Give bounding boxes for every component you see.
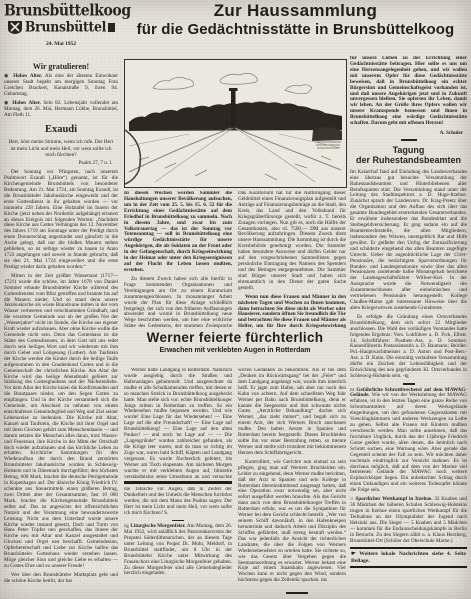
werner-headline-block: Werner feierte fürchterlich Erwachen mit… — [124, 330, 346, 354]
haussammlung-column-b: Das Kuratorium hat für die Aufbringung d… — [238, 191, 346, 329]
masthead-date: 24. Mai 1952 — [4, 41, 118, 47]
liturgische-notice: cg Liturgische Morgenfeier. Am Montag, d… — [124, 524, 232, 577]
tagung-paragraph: Es erfolgte die Gründung eines Ortsverba… — [350, 315, 467, 380]
main-headline-line1: Zur Haussammlung — [122, 2, 469, 21]
mawag-notice: nr Gefährliche Schrottbrecherei auf dem … — [350, 388, 467, 495]
haussammlung-paragraph: In diesen Wochen werden Sammler die Haus… — [124, 191, 232, 274]
end-rule — [286, 592, 308, 594]
footer-note-text: Weitere lokale Nachrichten siehe 4. Seit… — [351, 551, 466, 563]
gratulieren-item: ◉ Hohes Alter. Als eine der ältesten Ein… — [4, 74, 118, 98]
masthead-title-line1: Brunsbüttelkoog — [4, 3, 118, 19]
exaudi-psalm-quote: Herr, höre meine Stimme, wenn ich rufe. … — [8, 139, 114, 158]
tagung-heading-line2: der Ruhestandsbeamten — [356, 155, 461, 165]
gratulieren-heading: Wir gratulieren! — [4, 62, 118, 71]
haussammlung-paragraph: Das Kuratorium hat für die Aufbringung d… — [238, 191, 346, 292]
exaudi-psalm-source: Psalm 27, 7 u. 1 — [10, 160, 112, 166]
masthead: Brunsbüttelkoog Brunsbüttel 24. Mai 1952 — [4, 3, 118, 47]
notice-text: Wie wir von der Werksleitung der MAWAG e… — [350, 392, 467, 493]
footer-note: ☛ Weitere lokale Nachrichten siehe 4. Se… — [351, 551, 466, 564]
divider-ornament — [401, 139, 417, 141]
haussammlung-column-a: In diesen Wochen werden Sammler die Haus… — [124, 191, 232, 329]
tagung-heading: Tagung der Ruhestandsbeamten — [350, 145, 467, 166]
masthead-ornament-icon — [108, 23, 115, 32]
werner-subtitle: Erwachen mit verklebten Augen in Rotterd… — [124, 347, 346, 354]
haussammlung-continuation: für unsere Lieben zu der Errichtung eine… — [350, 56, 467, 127]
main-headline-line2: für die Gedächtnisstätte in Brunsbüttelk… — [122, 21, 469, 38]
sport-notice: ○ Sportlicher Wettkampf in Itzehoe. 32 K… — [350, 497, 467, 544]
main-headline: Zur Haussammlung für die Gedächtnisstätt… — [122, 2, 469, 38]
haussammlung-paragraph: Zu diesem Zweck haben sich alle hierfür … — [124, 277, 232, 329]
article-signature: A. Schuler — [350, 130, 463, 136]
werner-column-b: wirren Gedanken zu bekommen. Als er bei … — [238, 368, 346, 590]
footer-note-box: ☛ Weitere lokale Nachrichten siehe 4. Se… — [350, 547, 467, 568]
exaudi-paragraph: Wer über den Brunsbütteler Marktplatz ge… — [4, 573, 118, 585]
right-column: für unsere Lieben zu der Errichtung eine… — [350, 56, 467, 596]
notice-text: Am Montag, dem 26. Mai 1952, wird anläßl… — [124, 523, 232, 576]
exaudi-continuation: die Tatsache vor Augen, daß in Zeiten de… — [124, 487, 232, 517]
werner-headline: Werner feierte fürchterlich — [124, 330, 346, 345]
werner-column-a: Werner hatte Landgang in Rotterdam. Natü… — [124, 368, 232, 478]
exaudi-paragraph: Mitten in der Zeit größter Wassersnot (1… — [4, 274, 118, 570]
memorial-site-illustration — [124, 59, 347, 188]
werner-paragraph: Kontrolliert, wie Gerichte nun einmal zu… — [238, 460, 346, 584]
tagung-paragraph: Im Kaiserhof fand auf Einladung des Land… — [350, 170, 467, 312]
pointing-hand-icon: ☛ — [351, 551, 356, 557]
divider-ornament — [172, 520, 184, 522]
newspaper-page: Brunsbüttelkoog Brunsbüttel 24. Mai 1952… — [0, 0, 471, 599]
town-crest-icon — [7, 20, 23, 35]
exaudi-paragraph: Der Sonntag vor Pfingsten, nach unserem … — [4, 170, 118, 271]
masthead-title-line2: Brunsbüttel — [25, 20, 106, 34]
werner-paragraph: Werner hatte Landgang in Rotterdam. Natü… — [124, 368, 232, 478]
sketch-landscape-drawing — [125, 60, 346, 187]
section-rule — [124, 481, 232, 484]
tagung-heading-line1: Tagung — [393, 145, 425, 155]
divider-ornament — [403, 383, 415, 385]
exaudi-heading: Exaudi — [4, 124, 118, 135]
left-column: Wir gratulieren! ◉ Hohes Alter. Als eine… — [4, 58, 118, 596]
gratulieren-item: ◉ Hohes Alter. Sein 82. Lebensjahr volle… — [4, 101, 118, 119]
notice-text: 32 Knaben und 36 Mädchen der höheren Sch… — [350, 496, 467, 543]
haussammlung-paragraph: Wenn nun diese Frauen und Männer in den … — [238, 295, 346, 329]
exaudi-continuation-column: die Tatsache vor Augen, daß in Zeiten de… — [124, 487, 232, 597]
werner-paragraph: wirren Gedanken zu bekommen. Als er bei … — [238, 368, 346, 457]
